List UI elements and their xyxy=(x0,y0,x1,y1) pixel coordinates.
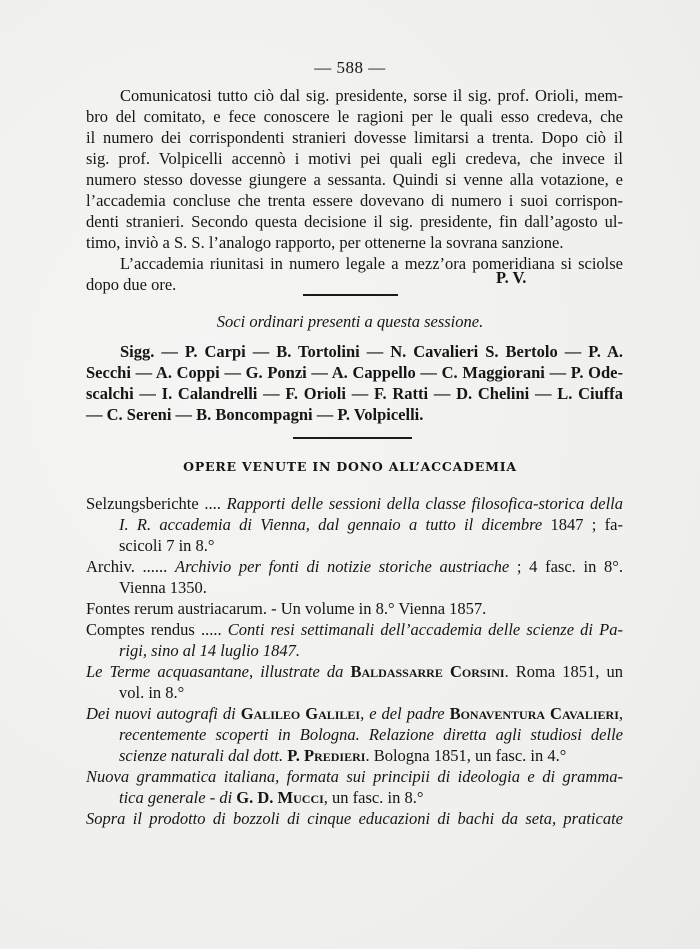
text-line: il numero dei corrispondenti stranieri d… xyxy=(86,127,623,148)
signature: P. V. xyxy=(496,268,526,288)
text-line: Vienna 1350. xyxy=(86,577,623,598)
text-line: l’accademia concluse che trenta essere d… xyxy=(86,190,623,211)
list-item: Fontes rerum austriacarum. - Un volume i… xyxy=(86,598,623,619)
text-line: recentemente scoperti in Bologna. Relazi… xyxy=(86,724,623,745)
separator-rule xyxy=(303,294,398,296)
text-line: denti stranieri. Secondo questa decision… xyxy=(86,211,623,232)
text-line: scicoli 7 in 8.° xyxy=(86,535,623,556)
minutes-paragraph: Comunicatosi tutto ciò dal sig. presiden… xyxy=(86,85,623,295)
text-line: sig. prof. Volpicelli accennò i motivi p… xyxy=(86,148,623,169)
text-line: scienze naturali dal dott. P. Predieri. … xyxy=(86,745,623,766)
text-line: Secchi — A. Coppi — G. Ponzi — A. Cappel… xyxy=(86,362,623,383)
list-item: Selzungsberichte .... Rapporti delle ses… xyxy=(86,493,623,514)
text-line: — C. Sereni — B. Boncompagni — P. Volpic… xyxy=(86,404,623,425)
text-line: Sigg. — P. Carpi — B. Tortolini — N. Cav… xyxy=(86,341,623,362)
text-line: numero stesso dovesse giungere a sessant… xyxy=(86,169,623,190)
list-item: Comptes rendus ..... Conti resi settiman… xyxy=(86,619,623,640)
list-item: Sopra il prodotto di bozzoli di cinque e… xyxy=(86,808,623,829)
text-line: I. R. accademia di Vienna, dal gennaio a… xyxy=(86,514,623,535)
text-line: L’accademia riunitasi in numero legale a… xyxy=(86,253,623,274)
text-line: scalchi — I. Calandrelli — F. Orioli — F… xyxy=(86,383,623,404)
text-line: vol. in 8.° xyxy=(86,682,623,703)
text-line: Comunicatosi tutto ciò dal sig. presiden… xyxy=(86,85,623,106)
gifts-list: Selzungsberichte .... Rapporti delle ses… xyxy=(86,493,623,829)
text-line: timo, inviò a S. S. l’analogo rapporto, … xyxy=(86,232,623,253)
separator-rule xyxy=(293,437,412,439)
section-heading: OPERE VENUTE IN DONO ALL’ACCADEMIA xyxy=(0,459,700,474)
document-page: — 588 — Comunicatosi tutto ciò dal sig. … xyxy=(0,0,700,949)
members-caption: Soci ordinari presenti a questa sessione… xyxy=(0,312,700,332)
text-line: rigi, sino al 14 luglio 1847. xyxy=(86,640,623,661)
list-item: Archiv. ...... Archivio per fonti di not… xyxy=(86,556,623,577)
list-item: Le Terme acquasantane, illustrate da Bal… xyxy=(86,661,623,682)
page-number: — 588 — xyxy=(0,58,700,78)
text-line: bro del comitato, e fece conoscere le ra… xyxy=(86,106,623,127)
members-list: Sigg. — P. Carpi — B. Tortolini — N. Cav… xyxy=(86,341,623,425)
list-item: Nuova grammatica italiana, formata sui p… xyxy=(86,766,623,787)
text-line: dopo due ore. xyxy=(86,274,623,295)
list-item: Dei nuovi autografi di Galileo Galilei, … xyxy=(86,703,623,724)
text-line: tica generale - di G. D. Mucci, un fasc.… xyxy=(86,787,623,808)
